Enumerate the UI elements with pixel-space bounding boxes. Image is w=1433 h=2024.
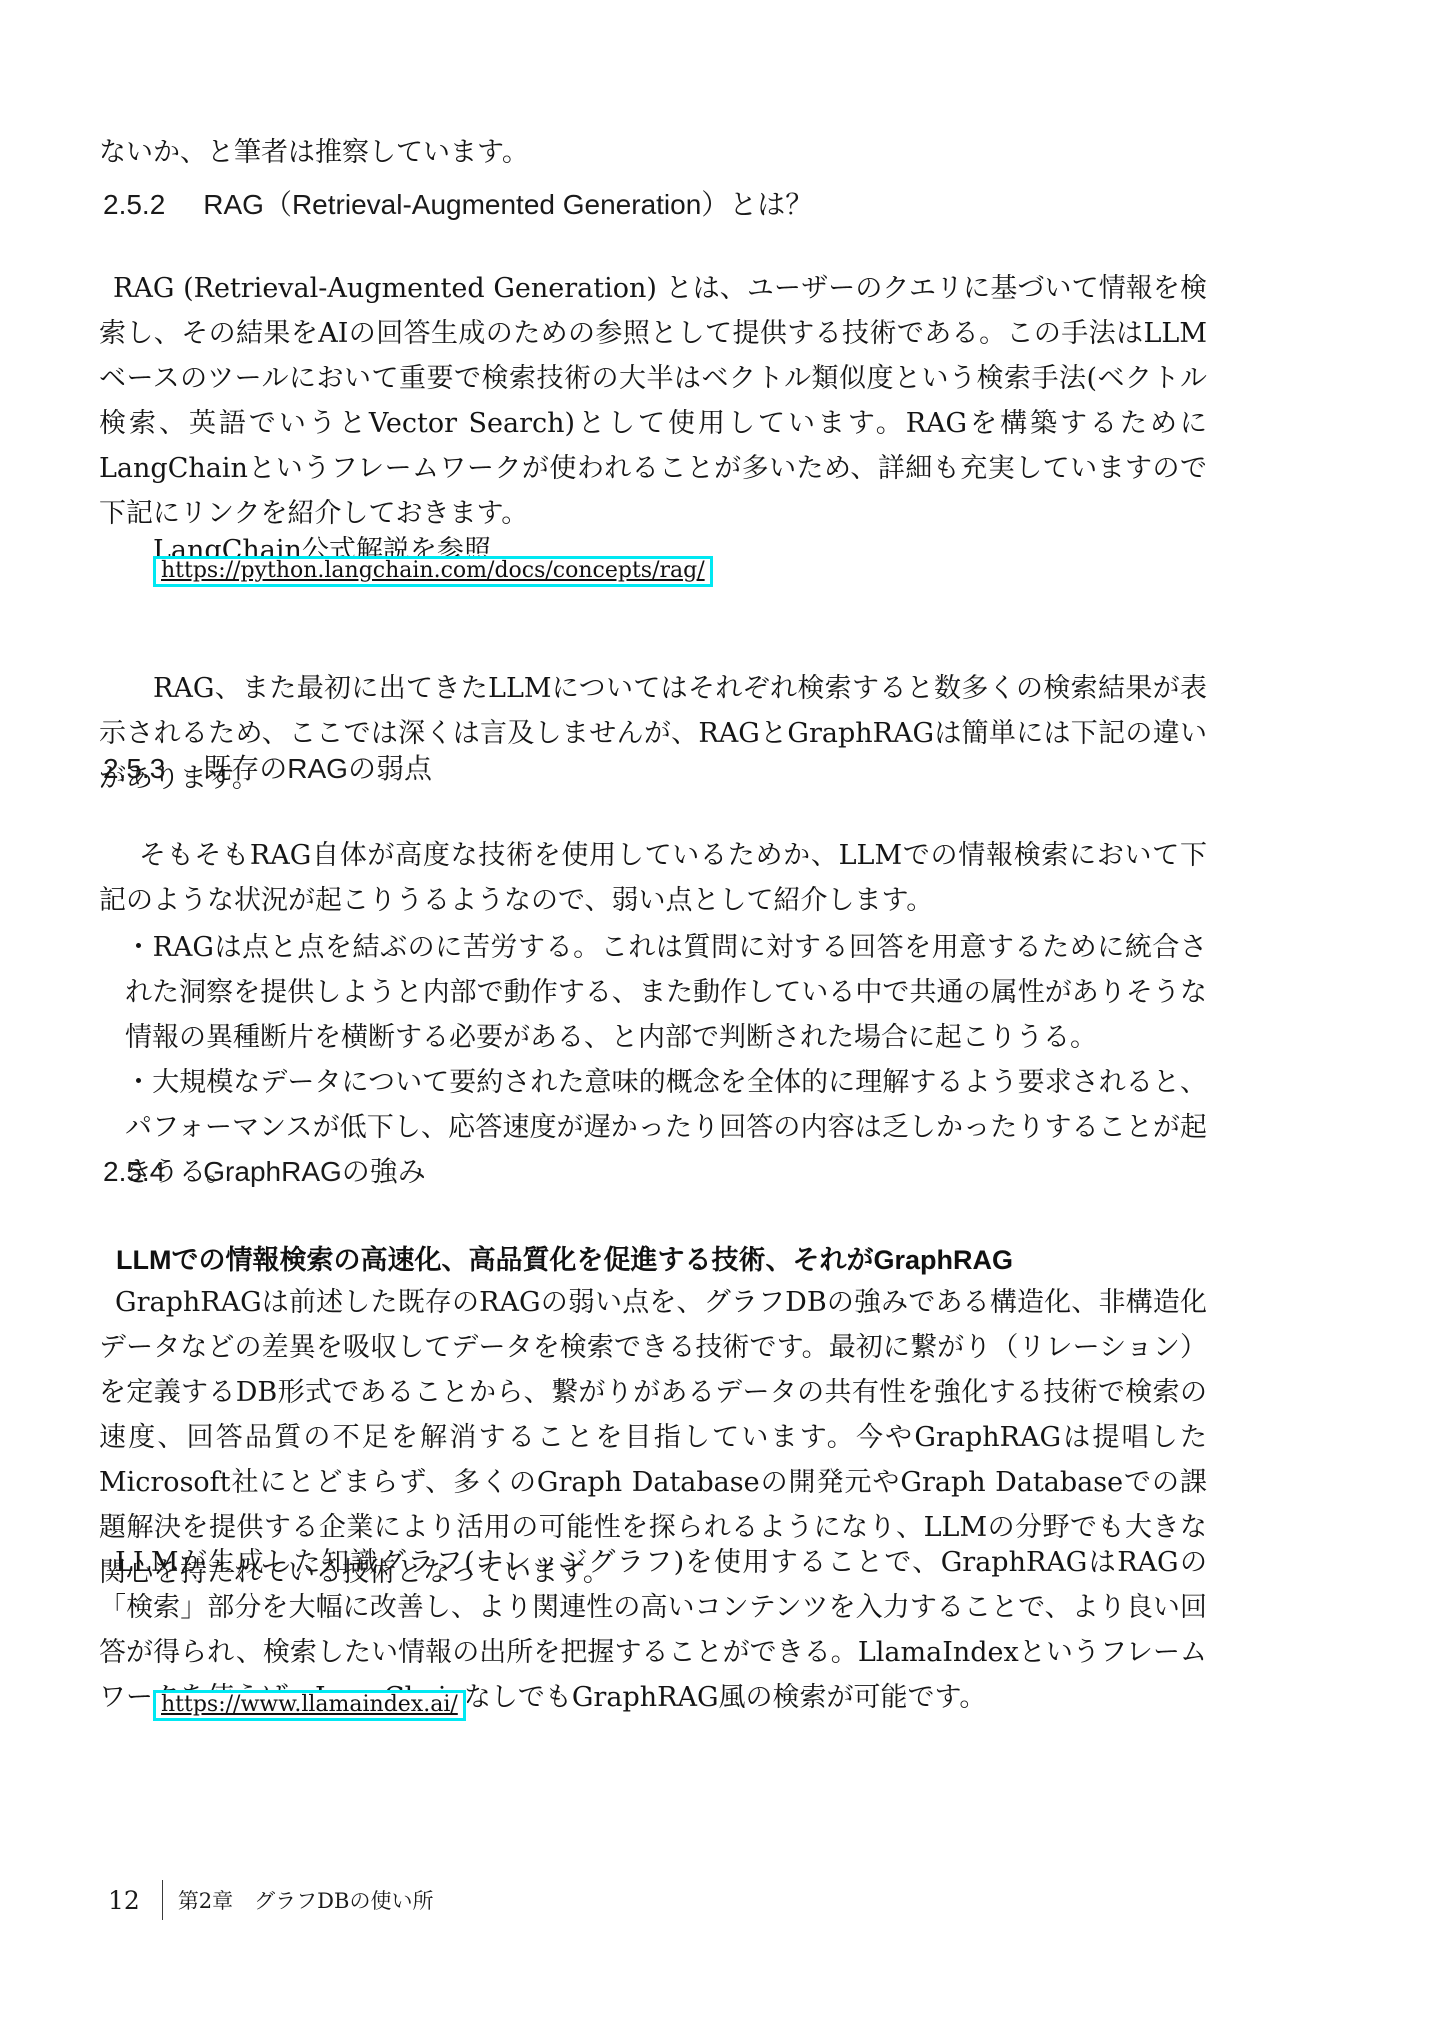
- section-heading-2-5-2: 2.5.2RAG（Retrieval-Augmented Generation）…: [103, 187, 1207, 223]
- section-title: GraphRAGの強み: [203, 1156, 426, 1187]
- page-footer: 12 第2章 グラフDBの使い所: [99, 1878, 433, 1922]
- section-number: 2.5.3: [103, 751, 165, 787]
- section-heading-2-5-3: 2.5.3既存のRAGの弱点: [103, 751, 1207, 787]
- section-number: 2.5.4: [103, 1154, 165, 1190]
- chapter-title: 第2章 グラフDBの使い所: [178, 1885, 434, 1915]
- llamaindex-link[interactable]: https://www.llamaindex.ai/: [153, 1690, 466, 1721]
- graphrag-bold-lead: LLMでの情報検索の高速化、高品質化を促進する技術、それがGraphRAG: [116, 1242, 1207, 1278]
- rag-weakness-paragraph: そもそもRAG自体が高度な技術を使用しているためか、LLMでの情報検索において下…: [99, 833, 1207, 923]
- footer-divider: [162, 1880, 163, 1920]
- section-heading-2-5-4: 2.5.4GraphRAGの強み: [103, 1154, 1207, 1190]
- rag-description-paragraph: RAG (Retrieval-Augmented Generation) とは、…: [99, 266, 1207, 536]
- weakness-bullet-item: ・RAGは点と点を結ぶのに苦労する。これは質問に対する回答を用意するために統合さ…: [125, 925, 1207, 1060]
- continuation-paragraph: ないか、と筆者は推察しています。: [99, 130, 1207, 175]
- section-title: RAG（Retrieval-Augmented Generation）とは？: [203, 189, 813, 220]
- book-page: ないか、と筆者は推察しています。 2.5.2RAG（Retrieval-Augm…: [0, 0, 1433, 2024]
- langchain-docs-link[interactable]: https://python.langchain.com/docs/concep…: [153, 556, 713, 587]
- page-number: 12: [108, 1886, 140, 1915]
- section-title: 既存のRAGの弱点: [203, 753, 432, 784]
- section-number: 2.5.2: [103, 187, 165, 223]
